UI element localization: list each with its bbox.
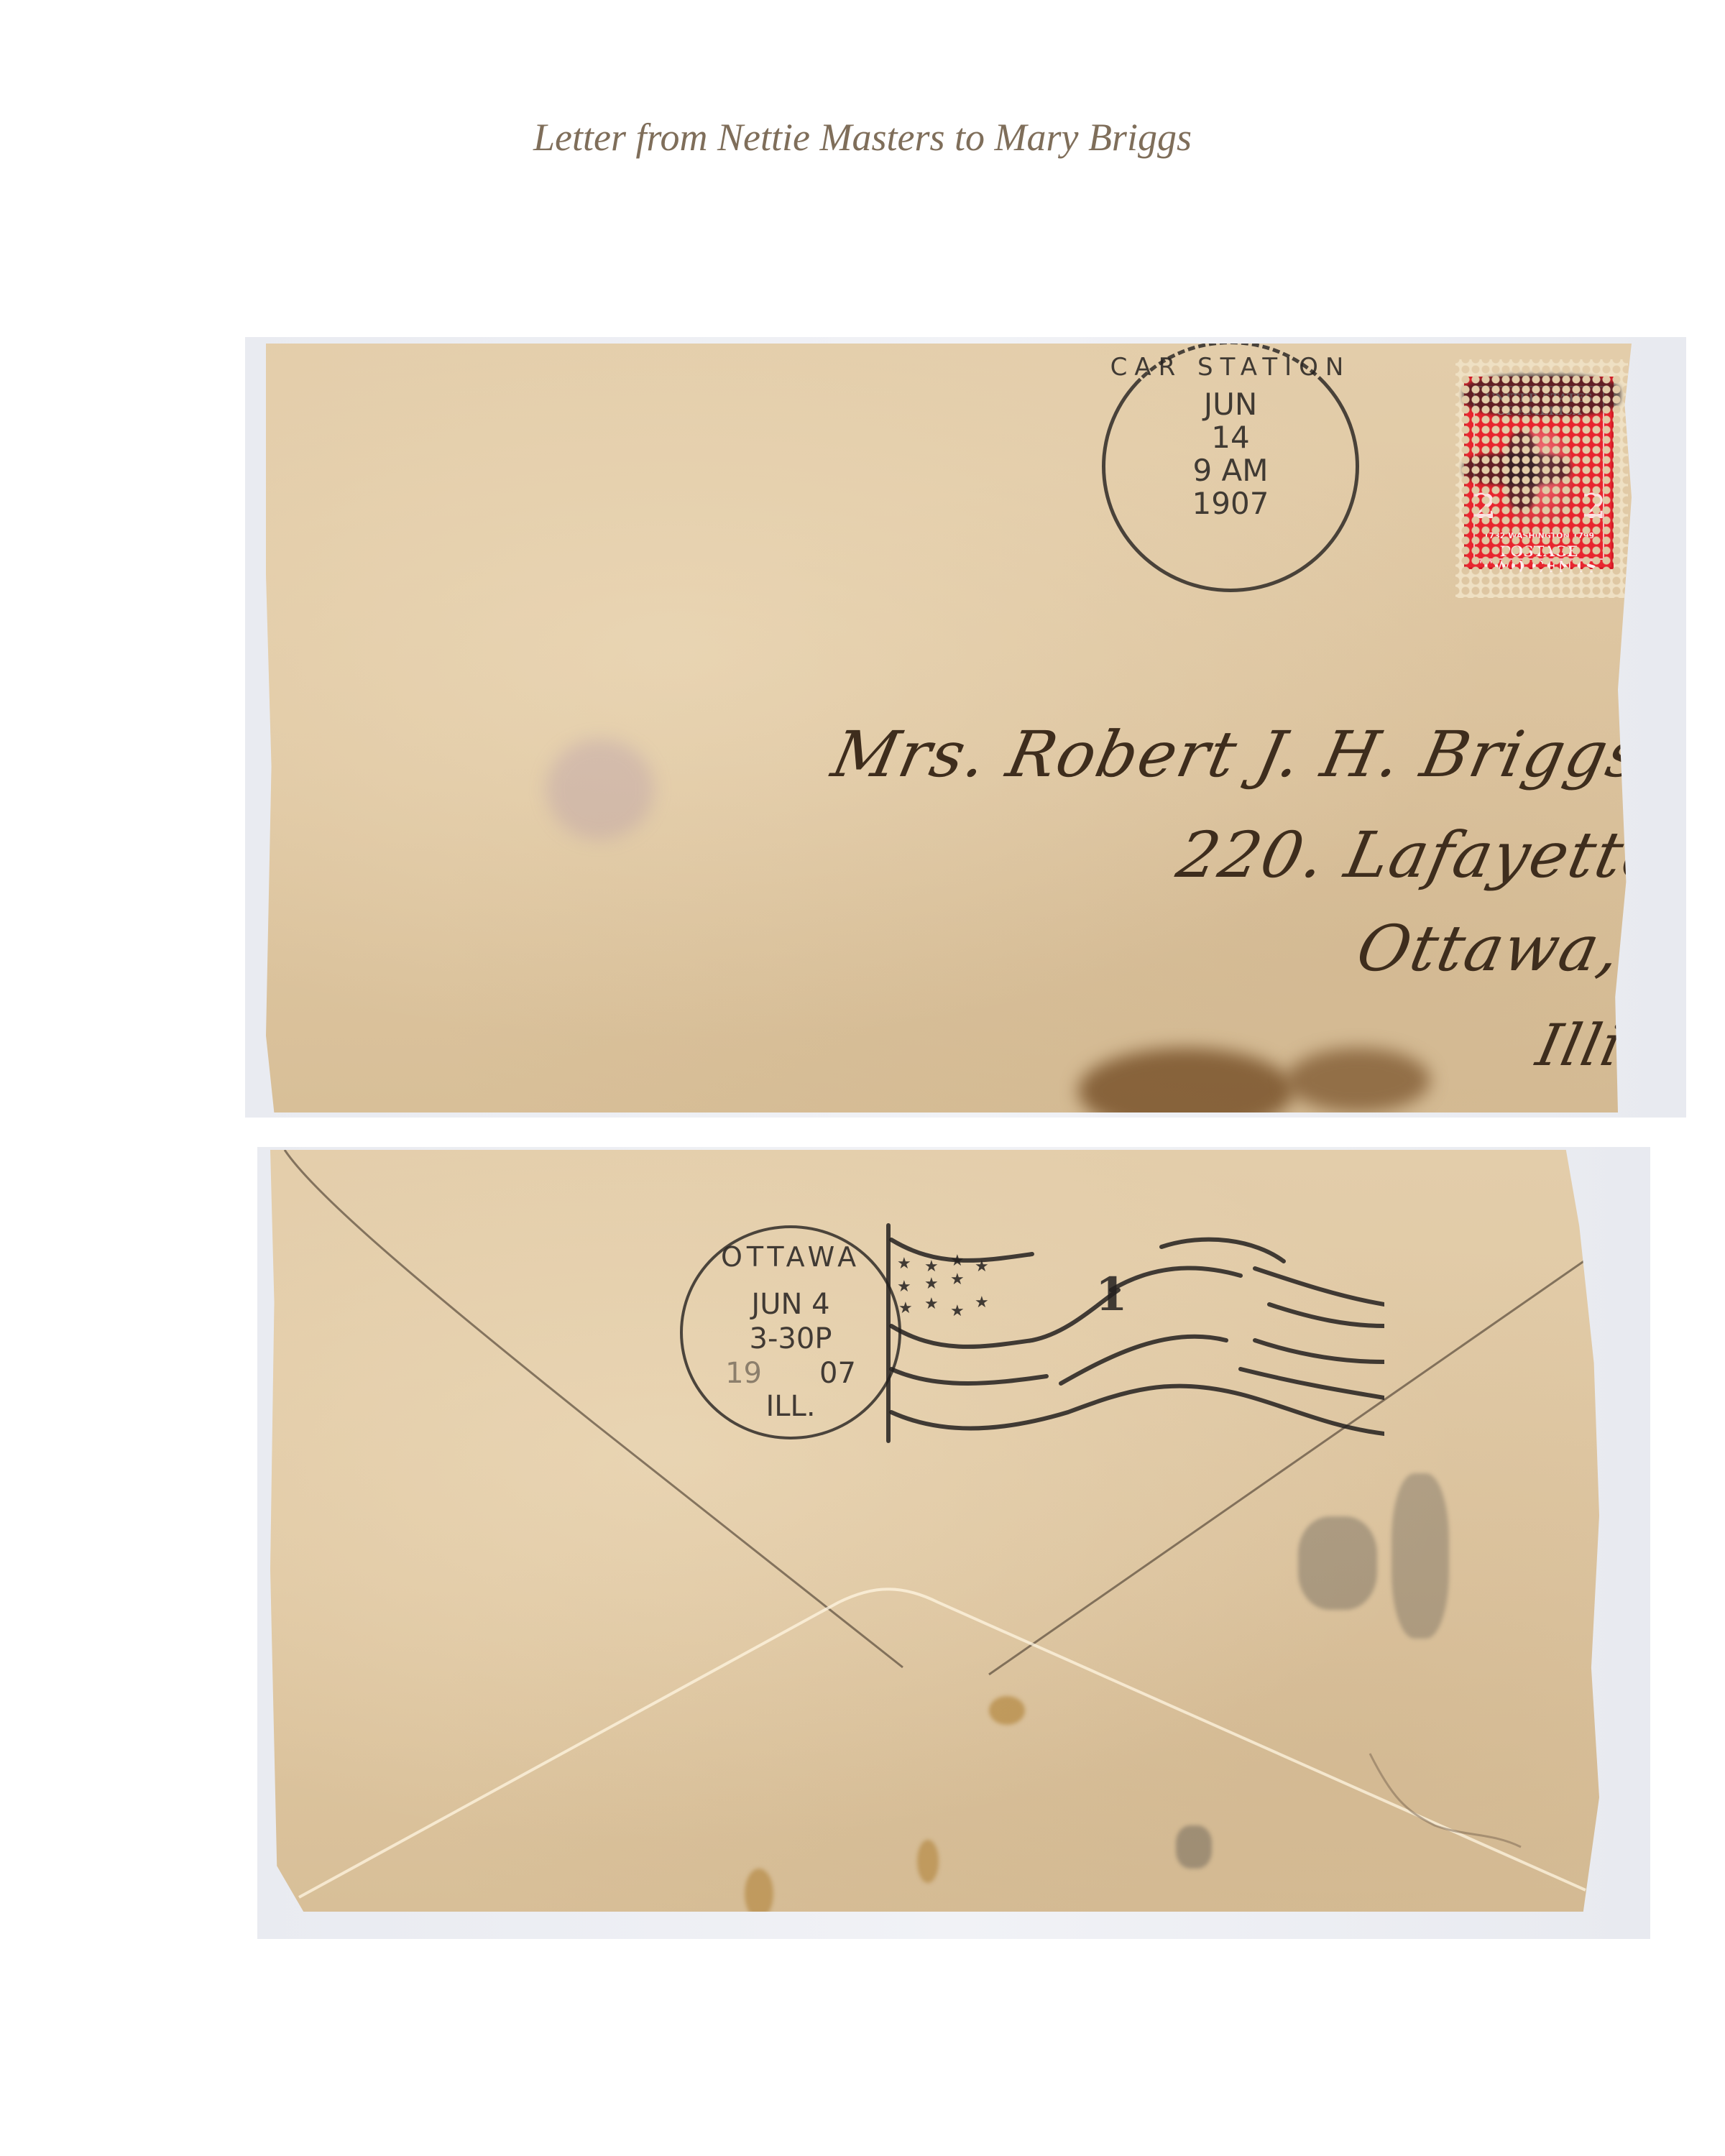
offset-smudge-icon <box>1176 1825 1212 1869</box>
postmark-date: JUN 4 <box>683 1289 898 1320</box>
stamp-numeral-left: 2 <box>1472 487 1496 527</box>
svg-text:★: ★ <box>924 1258 939 1276</box>
svg-text:★: ★ <box>898 1299 913 1317</box>
ink-stain <box>546 739 654 839</box>
postmark-front: CAR STATION JUN 14 9 AM 1907 <box>1102 344 1359 592</box>
svg-text:★: ★ <box>950 1302 965 1320</box>
offset-smudge-icon <box>1298 1516 1377 1610</box>
svg-text:★: ★ <box>975 1294 989 1312</box>
envelope-back: OTTAWA JUN 4 3-30P 1907 ILL. <box>270 1150 1599 1912</box>
cancel-smudge-icon <box>1506 431 1538 510</box>
svg-text:★: ★ <box>950 1252 965 1270</box>
postmark-year: 1907 <box>683 1358 898 1389</box>
postmark-time: 9 AM <box>1105 455 1356 487</box>
postmark-arc-text: CAR STATION <box>1105 353 1356 382</box>
postmark-city: OTTAWA <box>683 1241 898 1273</box>
postmark-time: 3-30P <box>683 1323 898 1355</box>
svg-text:★: ★ <box>897 1255 911 1273</box>
address-line-name: Mrs. Robert J. H. Briggs <box>826 717 1632 791</box>
svg-text:★: ★ <box>975 1258 989 1276</box>
envelope-front: CAR STATION JUN 14 9 AM 1907 UNITED STAT… <box>266 344 1632 1112</box>
envelope-front-scan: CAR STATION JUN 14 9 AM 1907 UNITED STAT… <box>245 337 1686 1118</box>
postmark-year: 1907 <box>1105 488 1356 520</box>
page-title: Letter from Nettie Masters to Mary Brigg… <box>0 115 1725 160</box>
cancel-smudge-icon <box>1463 374 1621 417</box>
svg-text:★: ★ <box>950 1271 965 1289</box>
stamp-numeral-right: 2 <box>1582 487 1606 527</box>
postmark-state: ILL. <box>683 1391 898 1422</box>
stain-spot <box>917 1840 939 1883</box>
svg-text:★: ★ <box>897 1278 911 1296</box>
postmark-month: JUN <box>1105 389 1356 420</box>
offset-smudge-icon <box>1391 1473 1449 1639</box>
stamp-value-label: TWO CENTS <box>1472 558 1606 576</box>
stamp-postage-label: POSTAGE <box>1472 544 1606 558</box>
flag-cancel-numeral: 1 <box>1095 1268 1128 1322</box>
svg-text:★: ★ <box>924 1275 939 1293</box>
stamp-banner: 1732 WASHINGTON 1799 <box>1472 531 1606 540</box>
address-line-state: Illinois <box>1531 1012 1632 1079</box>
stain-spot <box>989 1696 1025 1725</box>
flag-cancel-icon: ★★★★ ★★★ ★★★★ 1 <box>881 1218 1384 1448</box>
address-line-street: 220. Lafayette St. <box>1171 818 1632 892</box>
postmark-back: OTTAWA JUN 4 3-30P 1907 ILL. <box>680 1225 901 1439</box>
ink-stain <box>1078 1048 1294 1112</box>
envelope-back-scan: OTTAWA JUN 4 3-30P 1907 ILL. <box>257 1147 1650 1939</box>
postmark-day: 14 <box>1105 422 1356 453</box>
ink-stain <box>1287 1048 1430 1112</box>
address-line-city: Ottawa, <box>1351 911 1629 985</box>
svg-text:★: ★ <box>924 1295 939 1313</box>
postage-stamp: UNITED STATES OF AMERICA 2 2 1732 WASHIN… <box>1455 359 1628 598</box>
